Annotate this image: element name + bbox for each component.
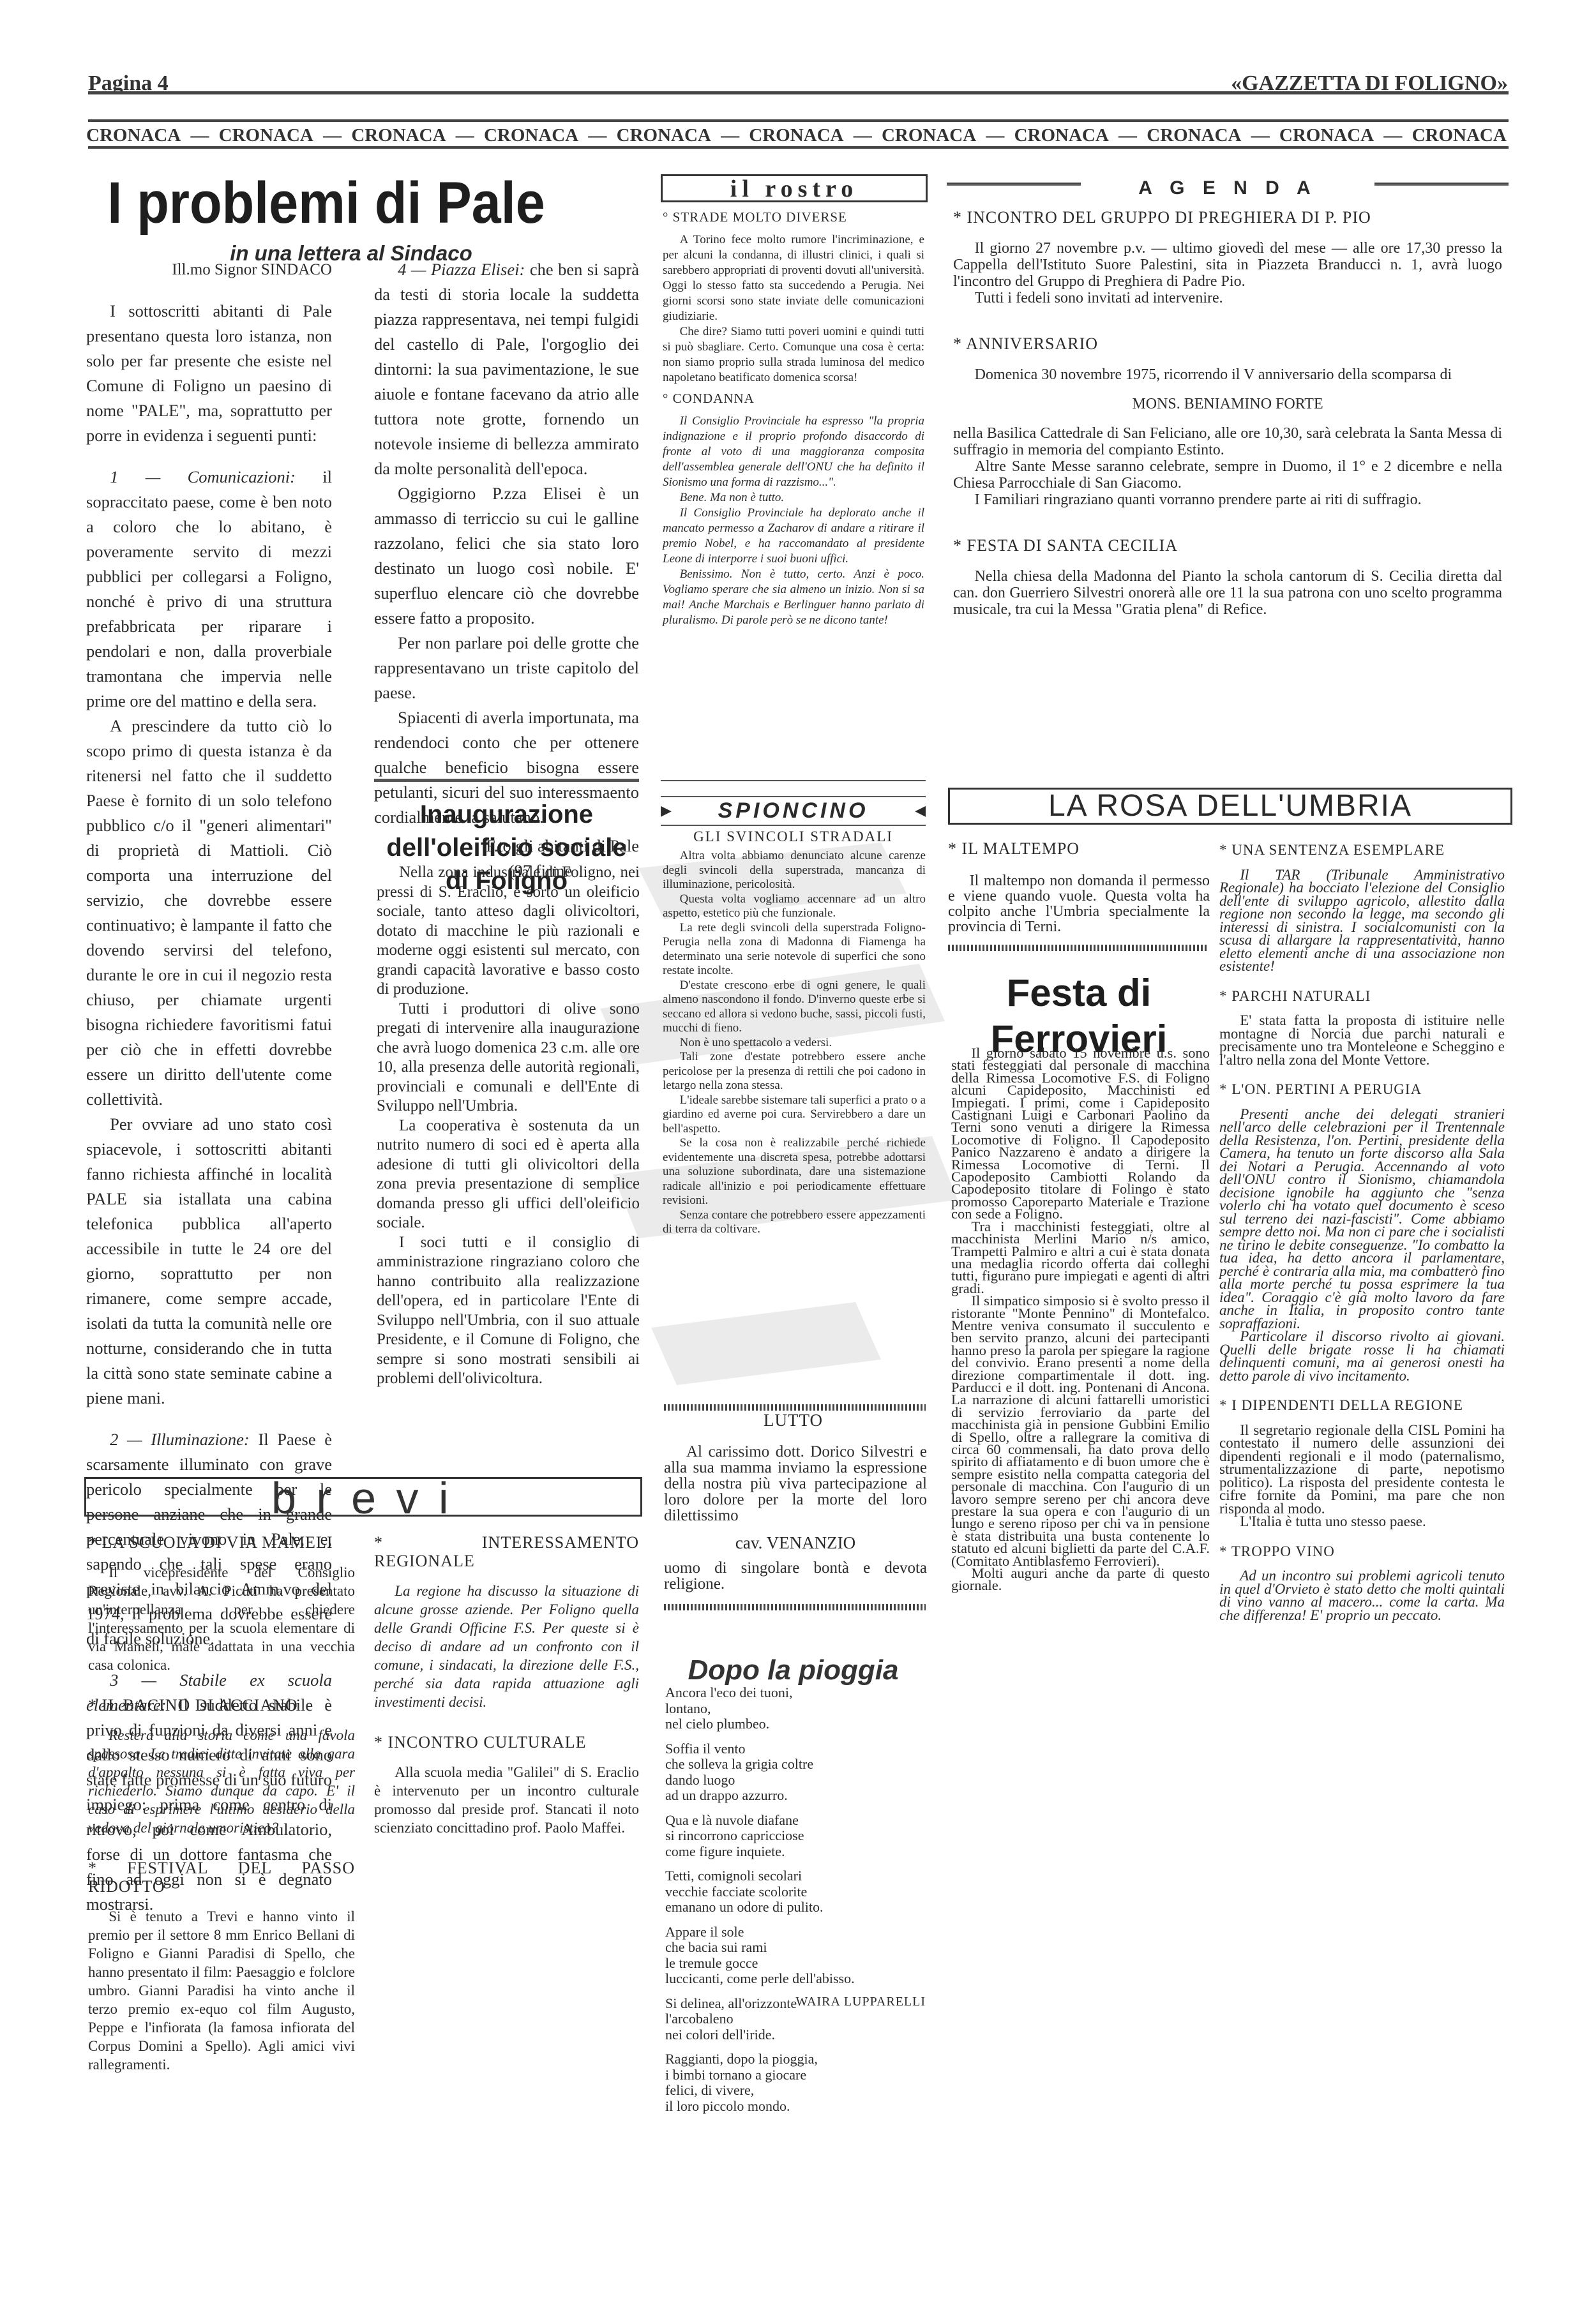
letter-paragraph: 4 — Piazza Elisei: che ben si saprà da t…: [374, 257, 639, 481]
agenda-paragraph: I Familiari ringraziano quanti vorranno …: [953, 491, 1502, 508]
section-label: CRONACA: [1279, 125, 1374, 146]
rosa-paragraph: Il TAR (Tribunale Amministrativo Regiona…: [1219, 869, 1505, 973]
lutto-title: LUTTO: [661, 1411, 926, 1430]
point-label: 4 — Piazza Elisei:: [398, 260, 525, 279]
agenda-paragraph: Tutti i fedeli sono invitati ad interven…: [953, 290, 1502, 306]
divider: [661, 780, 926, 781]
triangle-right-icon: ▶: [661, 802, 672, 819]
spacer: [88, 1714, 355, 1726]
poem-line: Appare il sole: [665, 1924, 930, 1940]
brevi-item-heading: * FESTIVAL DEL PASSO RIDOTTO: [88, 1859, 355, 1896]
section-separator: —: [986, 125, 1004, 146]
rosa-right-column: * UNA SENTENZA ESEMPLAREIl TAR (Tribunal…: [1219, 841, 1505, 1636]
spacer: [953, 508, 1502, 531]
poem-line: lontano,: [665, 1701, 930, 1717]
poem-stanza: Qua e là nuvole diafanesi rincorrono cap…: [665, 1813, 930, 1860]
poem-line: Qua e là nuvole diafane: [665, 1813, 930, 1829]
letter-paragraph: Oggigiorno P.zza Elisei è un ammasso di …: [374, 481, 639, 631]
spioncino-paragraph: D'estate crescono erbe di ogni genere, l…: [663, 978, 926, 1036]
brevi-item-text: Si è tenuto a Trevi e hanno vinto il pre…: [88, 1907, 355, 2074]
spacer: [374, 1570, 639, 1582]
letter-salutation: Ill.mo Signor SINDACO: [86, 257, 332, 282]
triangle-left-icon: ◀: [915, 802, 926, 819]
rosa-item-heading: * UNA SENTENZA ESEMPLARE: [1219, 844, 1505, 857]
poem-line: come figure inquiete.: [665, 1844, 930, 1860]
poem-line: le tremule gocce: [665, 1956, 930, 1972]
spacer: [88, 1896, 355, 1907]
section-separator: —: [456, 125, 474, 146]
section-separator: —: [1383, 125, 1402, 146]
spioncino-title: SPIONCINO: [718, 798, 869, 823]
poem-line: il loro piccolo mondo.: [665, 2099, 930, 2115]
poem-author: WAIRA LUPPARELLI: [785, 1995, 926, 2009]
point-text: che ben si saprà da testi di storia loca…: [374, 260, 639, 478]
poem-line: ad un drappo azzurro.: [665, 1788, 930, 1804]
ferrovieri-paragraph: Il simpatico simposio si è svolto presso…: [951, 1294, 1210, 1567]
spacer: [88, 1674, 355, 1692]
section-separator: —: [854, 125, 872, 146]
rostro-paragraph: Il Consiglio Provinciale ha deplorato an…: [663, 506, 924, 567]
poem-line: Ancora l'eco dei tuoni,: [665, 1685, 930, 1701]
poem-line: vecchie facciate scolorite: [665, 1884, 930, 1900]
section-separator: —: [1251, 125, 1270, 146]
spacer: [374, 1751, 639, 1763]
spioncino-rule-top: [661, 796, 926, 797]
section-separator: —: [190, 125, 209, 146]
ferrovieri-body: Il giorno sabato 15 novembre u.s. sono s…: [951, 1047, 1210, 1592]
ferrovieri-paragraph: Molti auguri anche da parte di questo gi…: [951, 1567, 1210, 1592]
spacer: [953, 618, 1502, 641]
point-label: 1 — Comunicazioni:: [110, 467, 296, 486]
article-paragraph: Tutti i produttori di olive sono pregati…: [377, 1000, 640, 1116]
section-separator: —: [721, 125, 739, 146]
poem-stanza: Tetti, comignoli secolarivecchie facciat…: [665, 1868, 930, 1915]
letter-paragraph: 1 — Comunicazioni: il sopraccitato paese…: [86, 465, 332, 714]
agenda-paragraph: Altre Sante Messe saranno celebrate, sem…: [953, 458, 1502, 491]
brevi-column-2: * INTERESSAMENTO REGIONALELa regione ha …: [374, 1529, 639, 1855]
poem-line: dando luogo: [665, 1773, 930, 1788]
letter-paragraph: Per ovviare ad uno stato così spiacevole…: [86, 1112, 332, 1411]
poem-line: si rincorrono capricciose: [665, 1828, 930, 1844]
brevi-item-heading: * INCONTRO CULTURALE: [374, 1733, 639, 1751]
spioncino-paragraph: Senza contare che potrebbero essere appe…: [663, 1208, 926, 1237]
spacer: [1219, 1383, 1505, 1397]
agenda-title: A G E N D A: [947, 177, 1509, 199]
rosa-item-heading: * PARCHI NATURALI: [1219, 990, 1505, 1003]
section-separator: —: [323, 125, 342, 146]
article-paragraph: La cooperativa è sostenuta da un nutrito…: [377, 1116, 640, 1233]
spacer: [953, 306, 1502, 329]
poem-line: che bacia sui rami: [665, 1940, 930, 1956]
poem-line: nel cielo plumbeo.: [665, 1716, 930, 1732]
spacer: [1219, 1622, 1505, 1636]
hatched-divider: [664, 1604, 926, 1610]
poem-title: Dopo la pioggia: [661, 1654, 926, 1686]
rostro-paragraph: Che dire? Siamo tutti poveri uomini e qu…: [663, 324, 924, 386]
rostro-title: il rostro: [663, 176, 926, 202]
section-band: CRONACA—CRONACA—CRONACA—CRONACA—CRONACA—…: [86, 125, 1507, 146]
headline-line: Festa di: [948, 970, 1210, 1016]
brevi-item-heading: * IL BACINO DI ACCIANO: [88, 1696, 355, 1714]
point-label: 2 — Illuminazione:: [110, 1430, 250, 1449]
rostro-item-heading: ° CONDANNA: [663, 391, 924, 406]
article-paragraph: I soci tutti e il consiglio di amministr…: [377, 1233, 640, 1389]
spacer: [374, 1837, 639, 1855]
spioncino-banner: ▶ SPIONCINO ◀: [661, 799, 926, 822]
poem-line: luccicanti, come perle dell'abisso.: [665, 1971, 930, 1987]
maltempo-item: * IL MALTEMPO Il maltempo non domanda il…: [948, 841, 1210, 934]
brevi-item-text: Resterà alla storia come una favola spas…: [88, 1726, 355, 1837]
lutto-paragraph: Al carissimo dott. Dorico Silvestri e al…: [664, 1444, 927, 1524]
spioncino-paragraph: Questa volta vogliamo accennare ad un al…: [663, 892, 926, 921]
agenda-rule-right: [1374, 183, 1509, 186]
poem-line: Tetti, comignoli secolari: [665, 1868, 930, 1884]
spioncino-body: Altra volta abbiamo denunciato alcune ca…: [663, 849, 926, 1237]
spioncino-paragraph: Non è uno spettacolo a vedersi.: [663, 1036, 926, 1051]
rosa-paragraph: Particolare il discorso rivolto ai giova…: [1219, 1330, 1505, 1383]
pale-column-2: 4 — Piazza Elisei: che ben si saprà da t…: [374, 257, 639, 883]
spioncino-paragraph: Se la cosa non è realizzabile perché ric…: [663, 1136, 926, 1208]
poem-stanza: Raggianti, dopo la pioggia,i bimbi torna…: [665, 2051, 930, 2114]
rosa-item-heading: * TROPPO VINO: [1219, 1545, 1505, 1559]
section-label: CRONACA: [86, 125, 181, 146]
section-separator: —: [588, 125, 606, 146]
section-label: CRONACA: [882, 125, 976, 146]
section-separator: —: [1118, 125, 1137, 146]
letter-paragraph: A prescindere da tutto ciò lo scopo prim…: [86, 714, 332, 1112]
deceased-name: cav. VENANZIO: [664, 1535, 927, 1551]
point-text: il sopraccitato paese, come è ben noto a…: [86, 467, 332, 710]
poem-line: i bimbi tornano a giocare: [665, 2067, 930, 2083]
spacer: [374, 1711, 639, 1729]
item-text: Il maltempo non domanda il permesso e vi…: [948, 873, 1210, 934]
poem-line: l'arcobaleno: [665, 2011, 930, 2027]
spacer: [1219, 1529, 1505, 1543]
agenda-item-heading: * ANNIVERSARIO: [953, 336, 1502, 352]
section-label: CRONACA: [1412, 125, 1507, 146]
rostro-item-heading: ° STRADE MOLTO DIVERSE: [663, 209, 924, 225]
letter-paragraph: Per non parlare poi delle grotte che rap…: [374, 631, 639, 705]
section-label: CRONACA: [617, 125, 711, 146]
rostro-banner: il rostro: [661, 174, 928, 202]
rosa-banner: LA ROSA DELL'UMBRIA: [948, 788, 1512, 825]
article-headline-pale: I problemi di Pale: [102, 171, 550, 235]
brevi-item-heading: * INTERESSAMENTO REGIONALE: [374, 1533, 639, 1570]
headline-line: dell'oleificio sociale: [374, 831, 639, 864]
section-label: CRONACA: [1014, 125, 1109, 146]
rosa-title: LA ROSA DELL'UMBRIA: [950, 790, 1510, 823]
lutto-paragraph: uomo di singolare bontà e devota religio…: [664, 1560, 927, 1592]
poem-line: Soffia il vento: [665, 1741, 930, 1757]
hatched-divider: [664, 1404, 926, 1411]
poem-stanza: Soffia il ventoche solleva la grigia col…: [665, 1741, 930, 1804]
section-label: CRONACA: [219, 125, 313, 146]
rosa-paragraph: Ad un incontro sui problemi agricoli ten…: [1219, 1570, 1505, 1622]
article-paragraph: Nella zona industriale di Foligno, nei p…: [377, 863, 640, 1000]
lutto-body: Al carissimo dott. Dorico Silvestri e al…: [664, 1444, 927, 1592]
poem-stanza: Appare il soleche bacia sui ramile tremu…: [665, 1924, 930, 1987]
brevi-item-text: Alla scuola media "Galilei" di S. Eracli…: [374, 1763, 639, 1837]
section-label: CRONACA: [351, 125, 446, 146]
poem-line: che solleva la grigia coltre: [665, 1757, 930, 1773]
agenda-body: * INCONTRO DEL GRUPPO DI PREGHIERA DI P.…: [953, 203, 1502, 641]
brevi-title: b r e v i: [271, 1473, 453, 1524]
spacer: [1219, 1067, 1505, 1081]
spacer: [88, 1552, 355, 1563]
brevi-banner: b r e v i: [84, 1477, 642, 1517]
rostro-paragraph: A Torino fece molto rumore l'incriminazi…: [663, 232, 924, 324]
section-label: CRONACA: [1147, 125, 1241, 146]
agenda-paragraph: Nella chiesa della Madonna del Pianto la…: [953, 568, 1502, 618]
rosa-item-heading: * I DIPENDENTI DELLA REGIONE: [1219, 1399, 1505, 1413]
agenda-paragraph: Il giorno 27 novembre p.v. — ultimo giov…: [953, 240, 1502, 290]
spioncino-subheading: GLI SVINCOLI STRADALI: [661, 828, 926, 845]
brevi-item-text: Il vicepresidente del Consiglio Regional…: [88, 1563, 355, 1674]
agenda-paragraph: Domenica 30 novembre 1975, ricorrendo il…: [953, 366, 1502, 383]
rosa-paragraph: Presenti anche dei delegati stranieri ne…: [1219, 1108, 1505, 1331]
spacer: [88, 2074, 355, 2092]
ferrovieri-paragraph: Il giorno sabato 15 novembre u.s. sono s…: [951, 1047, 1210, 1220]
spioncino-paragraph: Tali zone d'estate potrebbero essere anc…: [663, 1050, 926, 1093]
poem-line: felici, di vivere,: [665, 2083, 930, 2099]
section-label: CRONACA: [749, 125, 843, 146]
poem-body: Ancora l'eco dei tuoni,lontano,nel cielo…: [665, 1685, 930, 2123]
headline-line: Inaugurazione: [374, 798, 639, 831]
spioncino-rule-bottom: [661, 825, 926, 826]
spioncino-paragraph: Altra volta abbiamo denunciato alcune ca…: [663, 849, 926, 892]
rostro-paragraph: Il Consiglio Provinciale ha espresso "la…: [663, 414, 924, 490]
header-rule: [88, 91, 1509, 94]
section-band-rule-top: [88, 119, 1509, 122]
hatched-divider: [948, 945, 1207, 951]
brevi-column-1: * LA SCUOLA DI VIA MAMELIIl vicepresiden…: [88, 1529, 355, 2092]
poem-line: Raggianti, dopo la pioggia,: [665, 2051, 930, 2067]
rostro-paragraph: Benissimo. Non è tutto, certo. Anzi è po…: [663, 567, 924, 628]
poem-stanza: Ancora l'eco dei tuoni,lontano,nel cielo…: [665, 1685, 930, 1732]
divider-double: [374, 779, 639, 782]
poem-line: emanano un odore di pulito.: [665, 1900, 930, 1915]
letter-paragraph: I sottoscritti abitanti di Pale presenta…: [86, 299, 332, 448]
agenda-item-heading: * INCONTRO DEL GRUPPO DI PREGHIERA DI P.…: [953, 209, 1502, 226]
spacer: [88, 1837, 355, 1855]
rosa-item-heading: * L'ON. PERTINI A PERUGIA: [1219, 1083, 1505, 1097]
spioncino-paragraph: La rete degli svincoli della superstrada…: [663, 921, 926, 978]
spioncino-paragraph: L'ideale sarebbe sistemare tali superfic…: [663, 1093, 926, 1137]
brevi-item-text: La regione ha discusso la situazione di …: [374, 1582, 639, 1711]
ferrovieri-paragraph: Tra i macchinisti festeggiati, oltre al …: [951, 1220, 1210, 1294]
rosa-paragraph: Il segretario regionale della CISL Pomin…: [1219, 1424, 1505, 1516]
section-band-rule-bottom: [88, 146, 1509, 149]
deceased-name: MONS. BENIAMINO FORTE: [953, 396, 1502, 412]
agenda-item-heading: * FESTA DI SANTA CECILIA: [953, 537, 1502, 554]
rostro-body: ° STRADE MOLTO DIVERSEA Torino fece molt…: [663, 204, 924, 628]
spacer: [1219, 973, 1505, 987]
brevi-item-heading: * LA SCUOLA DI VIA MAMELI: [88, 1533, 355, 1552]
poem-line: nei colori dell'iride.: [665, 2027, 930, 2043]
rosa-paragraph: E' stata fatta la proposta di istituire …: [1219, 1014, 1505, 1067]
rosa-paragraph: L'Italia è tutta uno stesso paese.: [1219, 1515, 1505, 1529]
agenda-paragraph: nella Basilica Cattedrale di San Felicia…: [953, 425, 1502, 458]
rostro-paragraph: Bene. Ma non è tutto.: [663, 490, 924, 506]
section-label: CRONACA: [484, 125, 578, 146]
item-heading: * IL MALTEMPO: [948, 841, 1210, 857]
agenda-banner: A G E N D A: [947, 177, 1509, 197]
oleificio-body: Nella zona industriale di Foligno, nei p…: [377, 863, 640, 1389]
